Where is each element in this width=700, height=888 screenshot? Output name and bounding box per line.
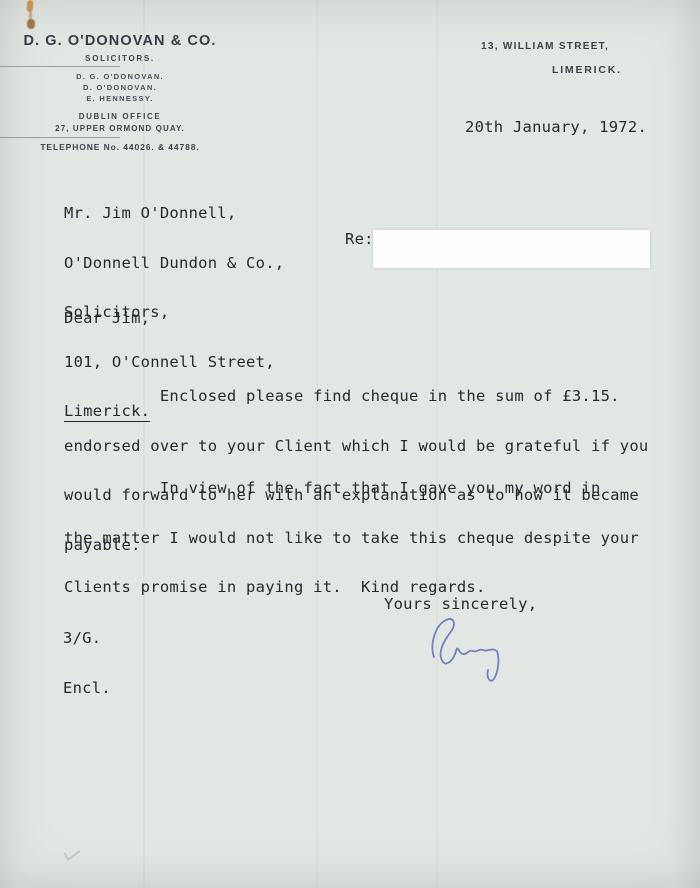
letterhead-firm-block: D. G. O'DONOVAN & CO. SOLICITORS. D. G. … [20, 33, 220, 161]
pencil-check-mark [64, 844, 81, 862]
enclosure-note: Encl. [63, 680, 111, 697]
reference-initials: 3/G. [63, 630, 111, 647]
recipient-line: Mr. Jim O'Donnell, [64, 205, 284, 222]
recipient-line: O'Donnell Dundon & Co., [64, 255, 284, 272]
reference-block: 3/G. Encl. [63, 597, 111, 729]
closing-line: Yours sincerely, [384, 596, 537, 613]
handwritten-signature [420, 613, 515, 687]
partner-name: D. O'DONOVAN. [20, 83, 220, 92]
letterhead-city: LIMERICK. [552, 64, 622, 76]
body-line: the matter I would not like to take this… [64, 530, 639, 547]
body-line: In view of the fact that I gave you my w… [64, 480, 639, 497]
dublin-office-label: DUBLIN OFFICE [20, 112, 220, 121]
firm-profession: SOLICITORS. [20, 54, 220, 63]
firm-name: D. G. O'DONOVAN & CO. [20, 33, 220, 49]
re-label: Re: [345, 231, 374, 248]
partner-name: D. G. O'DONOVAN. [20, 72, 220, 81]
salutation: Dear Jim, [64, 310, 150, 327]
letterhead-divider [0, 137, 120, 138]
scanned-letter-page: D. G. O'DONOVAN & CO. SOLICITORS. D. G. … [0, 0, 700, 888]
body-line: Clients promise in paying it. Kind regar… [64, 579, 639, 596]
body-paragraph: In view of the fact that I gave you my w… [64, 447, 639, 629]
rust-stain [27, 19, 35, 29]
partner-name: E. HENNESSY. [20, 94, 220, 103]
letterhead-divider [0, 66, 120, 67]
telephone-line: TELEPHONE No. 44026. & 44788. [20, 142, 220, 152]
dublin-office-address: 27, UPPER ORMOND QUAY. [20, 124, 220, 133]
letterhead-street: 13, WILLIAM STREET, [481, 41, 609, 52]
redaction-box [373, 230, 650, 268]
letter-date: 20th January, 1972. [465, 119, 647, 136]
body-line: Enclosed please find cheque in the sum o… [64, 388, 649, 405]
